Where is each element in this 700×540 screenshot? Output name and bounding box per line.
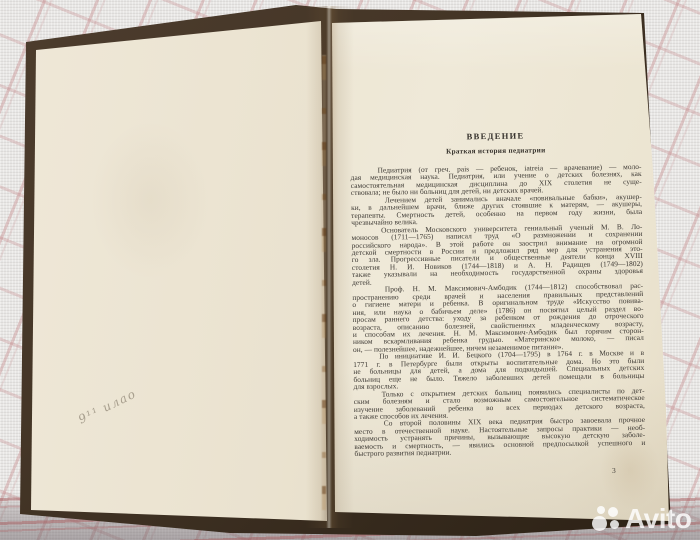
page-number: 3 [612,466,616,475]
paragraph: Основатель Московского университета гени… [351,223,643,287]
avito-logo-icon [592,503,622,535]
paragraph: По инициативе И. И. Бецкого (1704—1795) … [353,349,644,390]
page-text-block: ВВЕДЕНИЕ Краткая история педиатрии Педиа… [350,129,646,458]
page-subheading: Краткая история педиатрии [350,145,641,157]
avito-watermark: Avito [592,500,698,538]
paragraph: Проф. Н. М. Максимович-Амбодик (1744—181… [352,282,644,353]
paragraph: Со второй половины XIX века педиатрия бы… [354,416,645,457]
book-photo: 9¹¹ илао ВВЕДЕНИЕ Краткая история педиат… [0,0,700,540]
avito-wordmark: Avito [625,505,691,533]
page-paragraphs: Педиатрия (от греч. pais — ребенок, iatr… [350,163,645,458]
